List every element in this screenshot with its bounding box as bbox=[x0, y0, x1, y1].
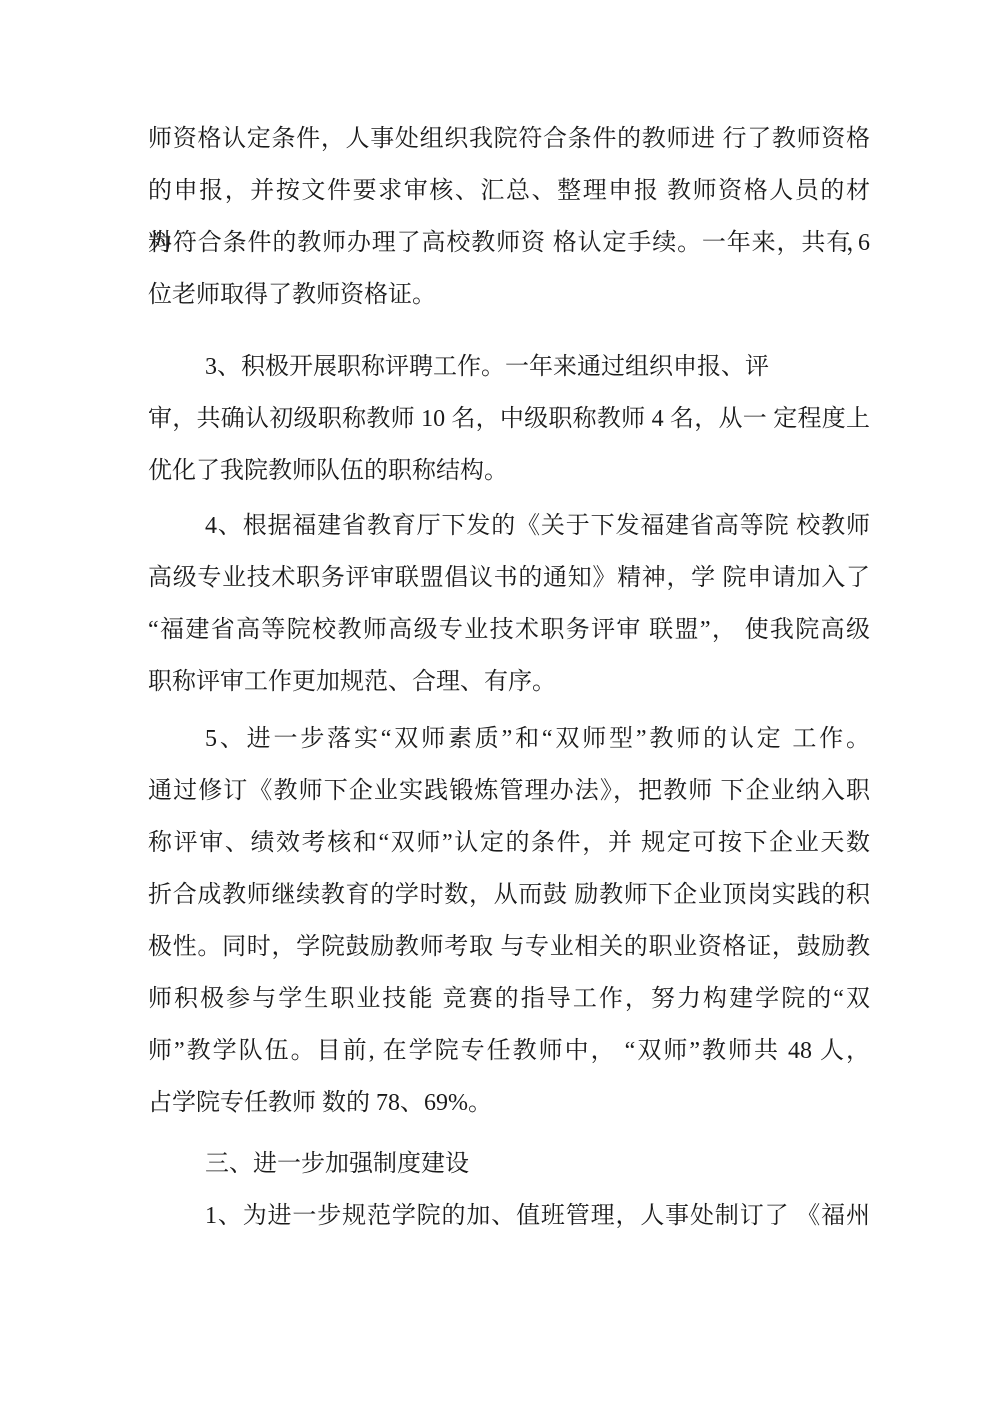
text-line: 三、进一步加强制度建设 bbox=[148, 1138, 870, 1190]
text-line: 师”教学队伍。目前, 在学院专任教师中， “双师”教师共 48 人， bbox=[148, 1025, 870, 1077]
document-page: 师资格认定条件，人事处组织我院符合条件的教师进 行了教师资格的申报，并按文件要求… bbox=[0, 0, 1000, 1415]
text-line: 极性。同时，学院鼓励教师考取 与专业相关的职业资格证，鼓励教 bbox=[148, 921, 870, 973]
text-line: “福建省高等院校教师高级专业技术职务评审 联盟”， 使我院高级 bbox=[148, 604, 870, 656]
text-line: 师积极参与学生职业技能 竞赛的指导工作，努力构建学院的“双 bbox=[148, 973, 870, 1025]
para-review-alliance: 4、根据福建省教育厅下发的《关于下发福建省高等院 校教师高级专业技术职务评审联盟… bbox=[148, 500, 870, 708]
text-line: 的申报，并按文件要求审核、汇总、整理申报 教师资格人员的材料， bbox=[148, 165, 870, 217]
text-line: 师资格认定条件，人事处组织我院符合条件的教师进 行了教师资格 bbox=[148, 113, 870, 165]
para-duty-management: 1、为进一步规范学院的加、值班管理，人事处制订了 《福州 bbox=[148, 1190, 870, 1242]
text-line: 通过修订《教师下企业实践锻炼管理办法》，把教师 下企业纳入职 bbox=[148, 765, 870, 817]
text-line: 称评审、绩效考核和“双师”认定的条件，并 规定可按下企业天数 bbox=[148, 817, 870, 869]
para-title-evaluation: 3、积极开展职称评聘工作。一年来通过组织申报、评审，共确认初级职称教师 10 名… bbox=[148, 341, 870, 497]
text-line: 优化了我院教师队伍的职称结构。 bbox=[148, 445, 870, 497]
para-double-qualified-teachers: 5、进一步落实“双师素质”和“双师型”教师的认定 工作。通过修订《教师下企业实践… bbox=[148, 713, 870, 1129]
text-line: 位老师取得了教师资格证。 bbox=[148, 269, 870, 321]
text-line: 职称评审工作更加规范、合理、有序。 bbox=[148, 656, 870, 708]
text-line: 1、为进一步规范学院的加、值班管理，人事处制订了 《福州 bbox=[148, 1190, 870, 1242]
text-line: 审，共确认初级职称教师 10 名，中级职称教师 4 名，从一 定程度上 bbox=[148, 393, 870, 445]
text-line: 为符合条件的教师办理了高校教师资 格认定手续。一年来，共有 6 bbox=[148, 217, 870, 269]
para-teacher-qualification: 师资格认定条件，人事处组织我院符合条件的教师进 行了教师资格的申报，并按文件要求… bbox=[148, 113, 870, 321]
text-line: 折合成教师继续教育的学时数，从而鼓 励教师下企业顶岗实践的积 bbox=[148, 869, 870, 921]
text-line: 占学院专任教师 数的 78、69%。 bbox=[148, 1077, 870, 1129]
heading-section-three: 三、进一步加强制度建设 bbox=[148, 1138, 870, 1190]
text-line: 4、根据福建省教育厅下发的《关于下发福建省高等院 校教师 bbox=[148, 500, 870, 552]
text-line: 高级专业技术职务评审联盟倡议书的通知》精神，学 院申请加入了 bbox=[148, 552, 870, 604]
text-line: 5、进一步落实“双师素质”和“双师型”教师的认定 工作。 bbox=[148, 713, 870, 765]
text-line: 3、积极开展职称评聘工作。一年来通过组织申报、评 bbox=[148, 341, 870, 393]
